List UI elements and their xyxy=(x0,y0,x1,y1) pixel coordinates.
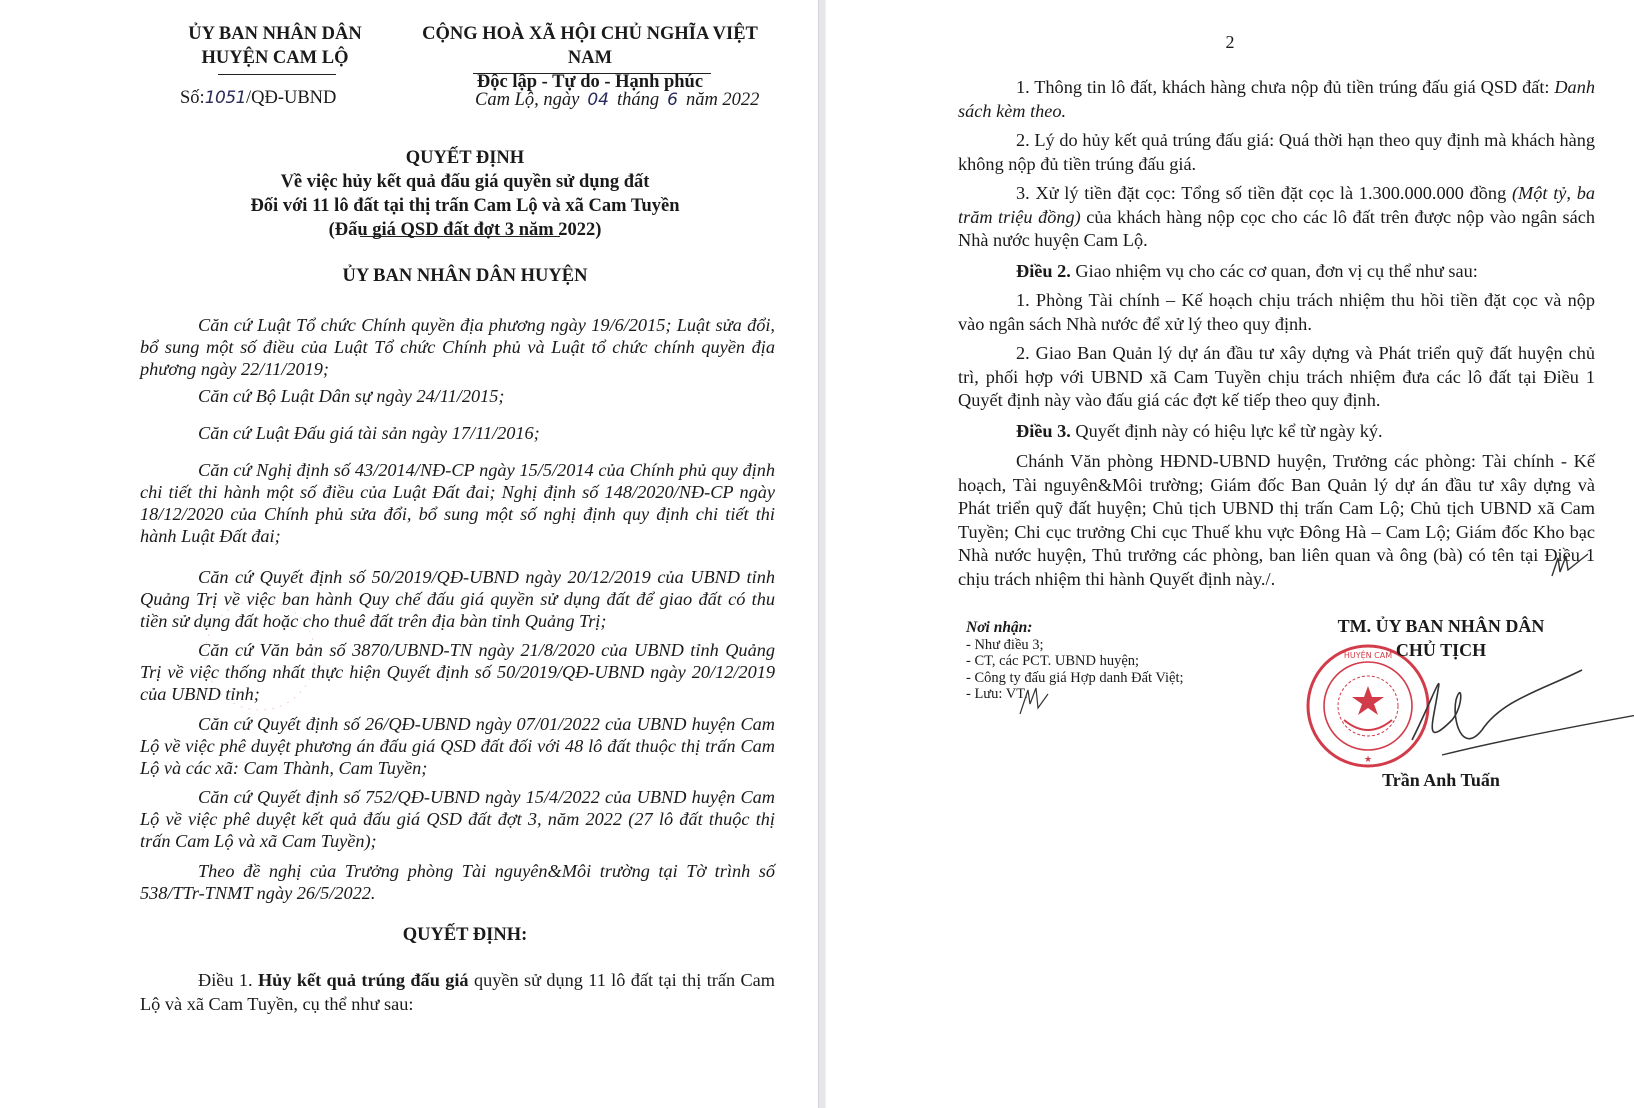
article-2-text: Giao nhiệm vụ cho các cơ quan, đơn vị cụ… xyxy=(1075,261,1477,281)
place-date: Cam Lộ, ngày04tháng6năm 2022 xyxy=(475,90,759,111)
signature-block: TM. ỦY BAN NHÂN DÂN CHỦ TỊCH xyxy=(1276,614,1606,662)
page-divider xyxy=(818,0,826,1108)
nation-name: CỘNG HOÀ XÃ HỘI CHỦ NGHĨA VIỆT NAM xyxy=(405,22,775,70)
legal-basis: Căn cứ Luật Tổ chức Chính quyền địa phươ… xyxy=(140,314,775,380)
national-motto: CỘNG HOÀ XÃ HỘI CHỦ NGHĨA VIỆT NAM Độc l… xyxy=(405,22,775,94)
issuing-organization: ỦY BAN NHÂN DÂN HUYỆN CAM LỘ xyxy=(140,22,410,70)
article-1-item-1: 1. Thông tin lô đất, khách hàng chưa nộp… xyxy=(958,76,1595,123)
recipient-item: - Lưu: VT. xyxy=(966,686,1184,703)
title-line-2: Đối với 11 lô đất tại thị trấn Cam Lộ và… xyxy=(160,194,770,218)
handwritten-signature xyxy=(1382,660,1634,770)
article-1-item-2: 2. Lý do hủy kết quả trúng đấu giá: Quá … xyxy=(958,129,1595,176)
title-underline xyxy=(360,236,560,237)
article-3: Điều 3. Quyết định này có hiệu lực kể từ… xyxy=(958,420,1595,444)
article-2-item: 2. Giao Ban Quản lý dự án đầu tư xây dựn… xyxy=(958,342,1595,413)
legal-basis: Căn cứ Luật Đấu giá tài sản ngày 17/11/2… xyxy=(140,422,775,444)
day-handwritten: 04 xyxy=(587,90,609,110)
signer-name: Trần Anh Tuấn xyxy=(1276,770,1606,791)
seal-bleed-mark xyxy=(200,590,320,720)
doc-no-handwritten: 1051 xyxy=(205,88,246,108)
month-label: tháng xyxy=(617,90,659,110)
page-number: 2 xyxy=(826,32,1634,53)
article-1-label: Điều 1. xyxy=(198,970,253,990)
doc-no-suffix: /QĐ-UBND xyxy=(246,88,336,108)
recipients-block: Nơi nhận: - Như điều 3; - CT, các PCT. U… xyxy=(966,620,1184,703)
org-line-2: HUYỆN CAM LỘ xyxy=(140,46,410,70)
document-number: Số:1051/QĐ-UBND xyxy=(180,88,336,109)
decision-heading: QUYẾT ĐỊNH: xyxy=(160,925,770,946)
item-text: 1. Thông tin lô đất, khách hàng chưa nộp… xyxy=(1016,77,1549,97)
document-page-2: 2 1. Thông tin lô đất, khách hàng chưa n… xyxy=(826,0,1634,1108)
recipient-item: - Như điều 3; xyxy=(966,637,1184,654)
svg-text:★: ★ xyxy=(1364,755,1372,765)
legal-basis: Căn cứ Quyết định số 752/QĐ-UBND ngày 15… xyxy=(140,786,775,852)
article-3-label: Điều 3. xyxy=(1016,421,1071,441)
motto-underline xyxy=(473,73,711,74)
recipients-heading: Nơi nhận: xyxy=(966,620,1184,637)
article-2-label: Điều 2. xyxy=(1016,261,1071,281)
decision-title: QUYẾT ĐỊNH Về việc hủy kết quả đấu giá q… xyxy=(160,146,770,242)
month-handwritten: 6 xyxy=(667,90,678,110)
article-1: Điều 1. Hủy kết quả trúng đấu giá quyền … xyxy=(140,968,775,1016)
article-1-item-3: 3. Xử lý tiền đặt cọc: Tổng số tiền đặt … xyxy=(958,182,1595,253)
doc-no-label: Số: xyxy=(180,88,205,108)
legal-basis: Căn cứ Quyết định số 26/QĐ-UBND ngày 07/… xyxy=(140,713,775,779)
legal-basis: Căn cứ Bộ Luật Dân sự ngày 24/11/2015; xyxy=(140,385,775,407)
year-text: năm 2022 xyxy=(686,90,760,110)
title-line-3: (Đấu giá QSD đất đợt 3 năm 2022) xyxy=(160,218,770,242)
recipient-item: - Công ty đấu giá Hợp danh Đất Việt; xyxy=(966,670,1184,687)
org-line-1: ỦY BAN NHÂN DÂN xyxy=(140,22,410,46)
title-heading: QUYẾT ĐỊNH xyxy=(160,146,770,170)
item-text: 3. Xử lý tiền đặt cọc: Tổng số tiền đặt … xyxy=(1016,183,1506,203)
article-2: Điều 2. Giao nhiệm vụ cho các cơ quan, đ… xyxy=(958,260,1595,284)
title-line-1: Về việc hủy kết quả đấu giá quyền sử dụn… xyxy=(160,170,770,194)
article-3-responsible: Chánh Văn phòng HĐND-UBND huyện, Trưởng … xyxy=(958,450,1595,591)
org-underline xyxy=(218,74,336,75)
article-1-bold: Hủy kết quả trúng đấu giá xyxy=(258,970,469,990)
initials-mark xyxy=(1548,552,1592,582)
signature-title: CHỦ TỊCH xyxy=(1276,638,1606,662)
legal-basis: Theo đề nghị của Trưởng phòng Tài nguyên… xyxy=(140,860,775,904)
initials-mark xyxy=(1014,686,1054,720)
document-page-1: ỦY BAN NHÂN DÂN HUYỆN CAM LỘ CỘNG HOÀ XÃ… xyxy=(0,0,818,1108)
place-prefix: Cam Lộ, ngày xyxy=(475,90,579,110)
recipient-item: - CT, các PCT. UBND huyện; xyxy=(966,653,1184,670)
signature-on-behalf: TM. ỦY BAN NHÂN DÂN xyxy=(1276,614,1606,638)
article-3-text: Quyết định này có hiệu lực kể từ ngày ký… xyxy=(1075,421,1382,441)
legal-basis: Căn cứ Nghị định số 43/2014/NĐ-CP ngày 1… xyxy=(140,459,775,547)
article-2-item: 1. Phòng Tài chính – Kế hoạch chịu trách… xyxy=(958,289,1595,336)
issuer-heading: ỦY BAN NHÂN DÂN HUYỆN xyxy=(160,266,770,287)
